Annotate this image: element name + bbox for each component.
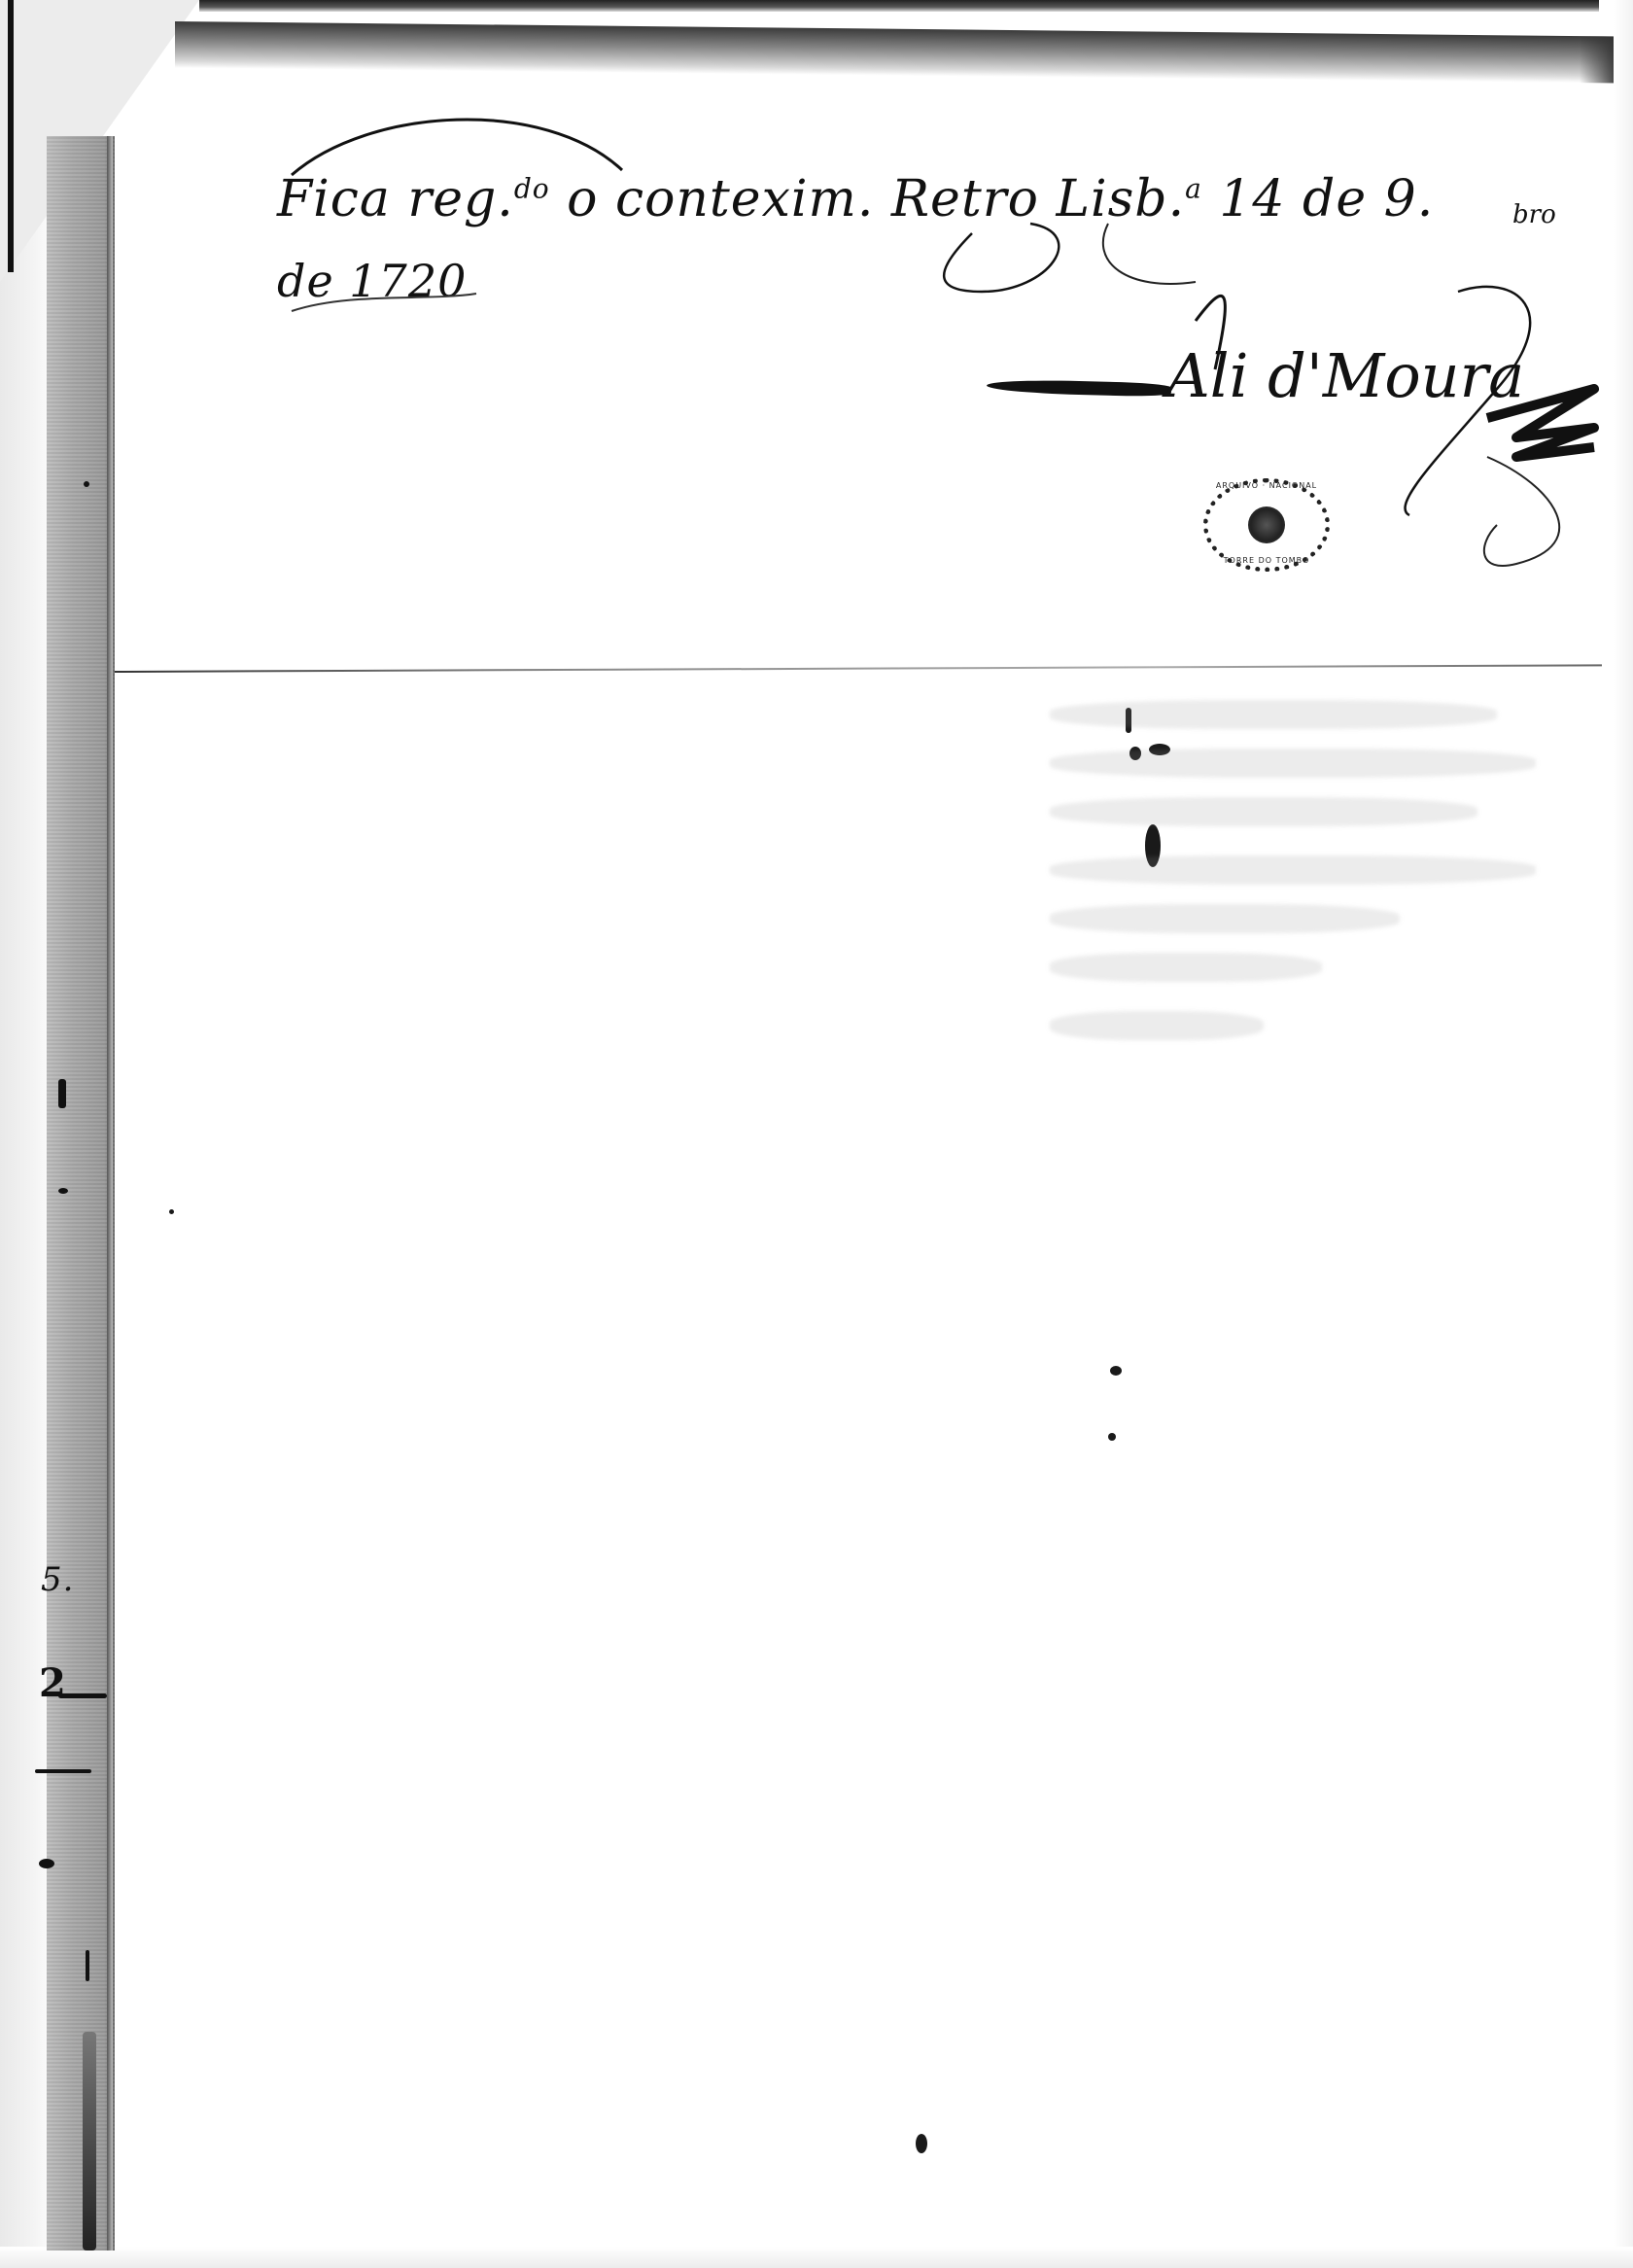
- margin-ink-mark: [84, 481, 89, 487]
- word-contexim: contexim.: [615, 170, 874, 228]
- fold-line: [115, 664, 1602, 673]
- ink-blot: [169, 1209, 174, 1214]
- margin-dash: [35, 1769, 91, 1773]
- margin-ink-mark: [86, 1950, 89, 1981]
- margin-ink-mark: [58, 1188, 68, 1194]
- bleed-through-text: [1050, 749, 1536, 778]
- bleed-through-text: [1050, 700, 1497, 729]
- archive-seal-stamp-icon: ARQUIVO · NACIONAL TORRE DO TOMBO: [1203, 478, 1330, 572]
- page-top-shadow: [175, 21, 1618, 84]
- ink-blot: [1108, 1433, 1116, 1441]
- ink-blot: [1110, 1366, 1122, 1376]
- margin-ink-mark: [58, 1079, 66, 1108]
- day-number: 14: [1219, 170, 1285, 228]
- word-lisboa: Lisb.: [1056, 170, 1185, 228]
- bleed-through-text: [1050, 797, 1477, 826]
- signature: Ali d'Moura: [1166, 340, 1524, 411]
- scanner-edge: [8, 0, 14, 272]
- binding-shadow: [107, 136, 113, 2251]
- month-superscript: bro: [1512, 200, 1556, 229]
- page-bottom-edge: [0, 2247, 1633, 2268]
- signature-lead-stroke: [987, 379, 1171, 398]
- stamp-emblem: [1248, 506, 1285, 543]
- previous-page-edge: [199, 0, 1599, 12]
- margin-character: 2: [39, 1660, 67, 1706]
- ink-blot: [916, 2134, 927, 2153]
- word-fica: Fica: [277, 170, 391, 228]
- annotation-line-1: Fica reg.do o contexim. Retro Lisb.a 14 …: [277, 170, 1434, 228]
- stamp-text-bottom: TORRE DO TOMBO: [1208, 556, 1325, 565]
- month-abbrev: 9.: [1384, 170, 1435, 228]
- margin-character: 5.: [41, 1560, 74, 1599]
- binding-tear: [83, 2032, 96, 2251]
- margin-ink-mark: [39, 1859, 54, 1868]
- page-right-edge: [1614, 0, 1633, 2268]
- superscript-do: do: [514, 173, 550, 205]
- word-retro: Retro: [891, 170, 1039, 228]
- bleed-through-text: [1050, 855, 1536, 885]
- word-de: de: [1303, 170, 1367, 228]
- stamp-text-top: ARQUIVO · NACIONAL: [1208, 481, 1325, 490]
- word-reg: reg.: [407, 170, 513, 228]
- word-o: o: [567, 170, 598, 228]
- binding-strip: [47, 136, 115, 2251]
- margin-dash: [58, 1693, 107, 1698]
- bleed-through-text: [1050, 1011, 1264, 1040]
- bleed-through-text: [1050, 904, 1400, 933]
- bleed-through-text: [1050, 953, 1322, 982]
- superscript-a: a: [1185, 173, 1202, 205]
- annotation-line-2: de 1720: [277, 255, 467, 307]
